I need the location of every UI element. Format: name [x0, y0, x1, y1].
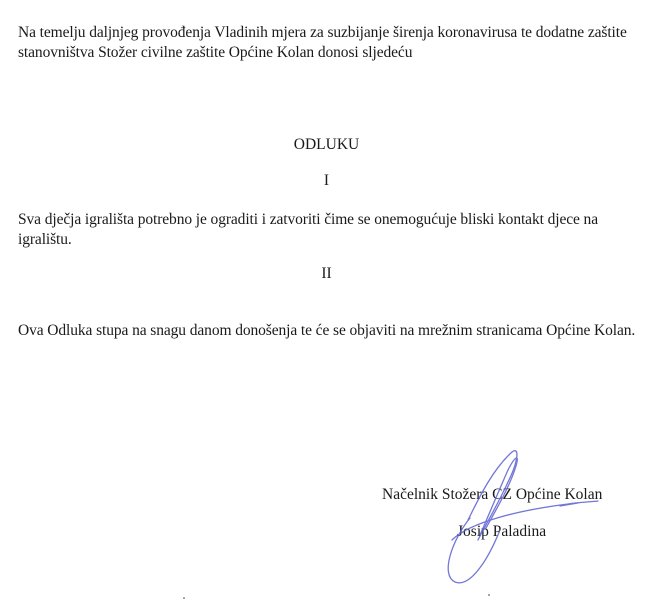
signatory-name: Josip Paladina [457, 523, 546, 541]
scan-speck [183, 597, 185, 599]
decision-title: ODLUKU [0, 136, 653, 154]
section-text-2: Ova Odluka stupa na snagu danom donošenj… [18, 321, 638, 341]
intro-paragraph: Na temelju daljnjeg provođenja Vladinih … [18, 23, 638, 63]
section-text-1: Sva dječja igrališta potrebno je ogradit… [18, 210, 638, 250]
document-page: Na temelju daljnjeg provođenja Vladinih … [0, 0, 653, 602]
handwritten-signature-icon [0, 0, 653, 602]
section-number-2: II [0, 265, 653, 283]
signatory-title: Načelnik Stožera CZ Općine Kolan [382, 486, 602, 504]
scan-speck [488, 594, 490, 596]
section-number-1: I [0, 172, 653, 190]
